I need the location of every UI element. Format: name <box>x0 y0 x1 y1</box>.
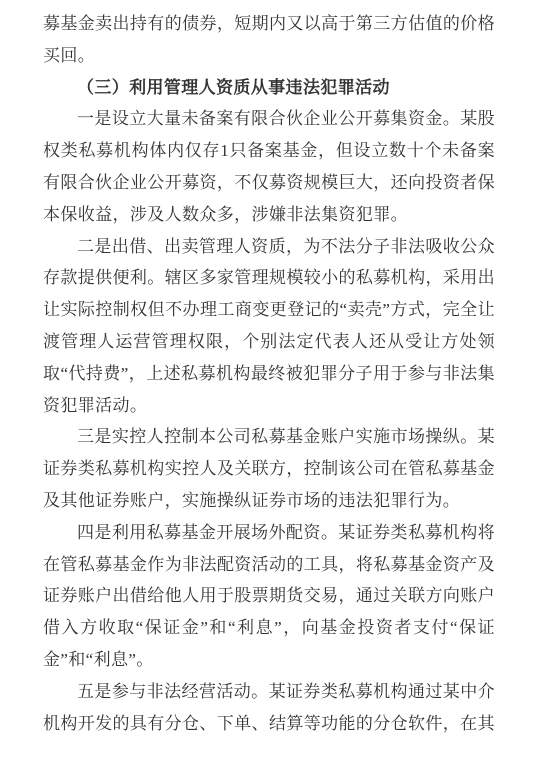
section-heading: （三）利用管理人资质从事违法犯罪活动 <box>43 72 495 104</box>
paragraph-point-four: 四是利用私募基金开展场外配资。某证券类私募机构将在管私募基金作为非法配资活动的工… <box>43 517 495 676</box>
paragraph-point-two: 二是出借、出卖管理人资质，为不法分子非法吸收公众存款提供便利。辖区多家管理规模较… <box>43 231 495 422</box>
paragraph-point-one: 一是设立大量未备案有限合伙企业公开募集资金。某股权类私募机构体内仅存1只备案基金… <box>43 103 495 230</box>
document-page: 募基金卖出持有的债券，短期内又以高于第三方估值的价格买回。 （三）利用管理人资质… <box>0 0 536 757</box>
paragraph-point-five: 五是参与非法经营活动。某证券类私募机构通过某中介机构开发的具有分仓、下单、结算等… <box>43 676 495 740</box>
paragraph-point-three: 三是实控人控制本公司私募基金账户实施市场操纵。某证券类私募机构实控人及关联方，控… <box>43 421 495 516</box>
paragraph-continued-from-previous-page: 募基金卖出持有的债券，短期内又以高于第三方估值的价格买回。 <box>43 8 495 72</box>
